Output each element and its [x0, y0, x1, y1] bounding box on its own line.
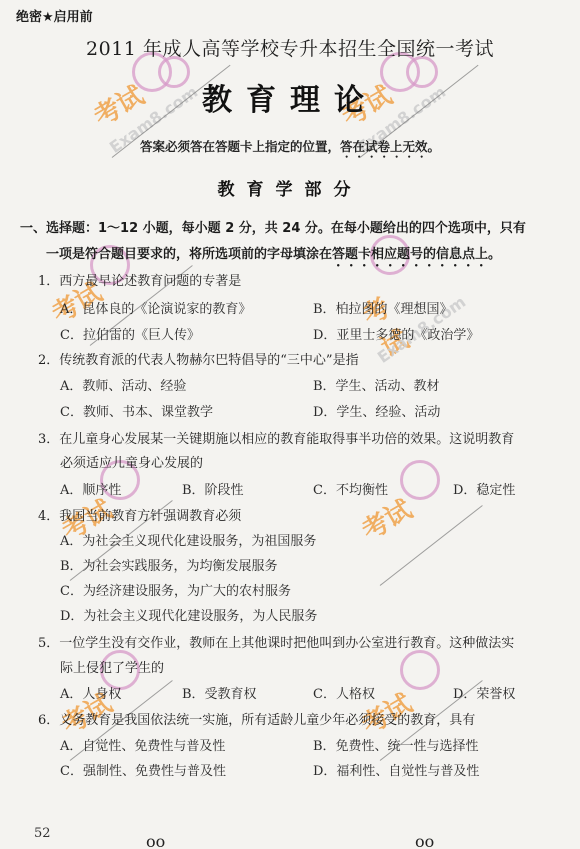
question-2: 2．传统教育派的代表人物赫尔巴特倡导的“三中心”是指	[38, 349, 359, 368]
q3-option-b: B．阶段性	[182, 479, 244, 498]
watermark-right-lower: 考试	[360, 460, 500, 580]
q4-option-d: D．为社会主义现代化建设服务，为人民服务	[60, 605, 317, 624]
subject-title: 教育理论	[0, 75, 580, 119]
answer-notice: 答案必须答在答题卡上指定的位置，答在试卷上无效。	[0, 137, 580, 161]
question-5: 5．一位学生没有交作业，教师在上其他课时把他叫到办公室进行教育。这种做法实	[38, 632, 514, 651]
question-4: 4．我国当前教育方针强调教育必须	[38, 505, 241, 524]
instructions-line-2: 一项是符合题目要求的，将所选项前的字母填涂在答题卡相应题号的信息点上。	[46, 243, 501, 270]
q1-option-a: A．昆体良的《论演说家的教育》	[60, 298, 251, 317]
q5-option-c: C．人格权	[313, 683, 375, 702]
q2-option-d: D．学生、经验、活动	[313, 401, 440, 420]
section-title: 教育学部分	[0, 175, 580, 200]
q6-option-d: D．福利性、自觉性与普及性	[313, 760, 479, 779]
q3-option-a: A．顺序性	[60, 479, 121, 498]
exam-page: 考试 Exam8.com 考试 Exam8.com 考试 考试 Exam8.co…	[0, 0, 580, 849]
q1-option-b: B．柏拉图的《理想国》	[313, 298, 453, 317]
q1-option-d: D．亚里士多德的《政治学》	[313, 324, 479, 343]
question-1: 1．西方最早论述教育问题的专著是	[38, 270, 241, 289]
q4-option-c: C．为经济建设服务，为广大的农村服务	[60, 580, 291, 599]
q5-option-d: D．荣誉权	[453, 683, 515, 702]
q2-option-b: B．学生、活动、教材	[313, 375, 440, 394]
question-5-continued: 际上侵犯了学生的	[60, 657, 164, 676]
exam-title: 2011 年成人高等学校专升本招生全国统一考试	[0, 34, 580, 61]
q4-option-a: A．为社会主义现代化建设服务，为祖国服务	[60, 530, 316, 549]
classification-label: 绝密★启用前	[16, 6, 93, 25]
q3-option-d: D．稳定性	[453, 479, 515, 498]
q5-option-b: B．受教育权	[182, 683, 257, 702]
question-3: 3．在儿童身心发展某一关键期施以相应的教育能取得事半功倍的效果。这说明教育	[38, 428, 514, 447]
q4-option-b: B．为社会实践服务，为均衡发展服务	[60, 555, 278, 574]
watermark-dots-right: oo	[415, 832, 434, 849]
q1-option-c: C．拉伯雷的《巨人传》	[60, 324, 200, 343]
q2-option-c: C．教师、书本、课堂教学	[60, 401, 213, 420]
question-6: 6．义务教育是我国依法统一实施，所有适龄儿童少年必须接受的教育，具有	[38, 709, 475, 728]
instructions-line-1: 一、选择题：1～12 小题，每小题 2 分，共 24 分。在每小题给出的四个选项…	[20, 217, 526, 236]
q6-option-c: C．强制性、免费性与普及性	[60, 760, 226, 779]
watermark-dots-left: oo	[146, 832, 165, 849]
q6-option-b: B．免费性、统一性与选择性	[313, 735, 479, 754]
page-number: 52	[34, 826, 51, 841]
q2-option-a: A．教师、活动、经验	[60, 375, 186, 394]
q5-option-a: A．人身权	[60, 683, 121, 702]
q6-option-a: A．自觉性、免费性与普及性	[60, 735, 225, 754]
question-3-continued: 必须适应儿童身心发展的	[60, 452, 203, 471]
q3-option-c: C．不均衡性	[313, 479, 388, 498]
